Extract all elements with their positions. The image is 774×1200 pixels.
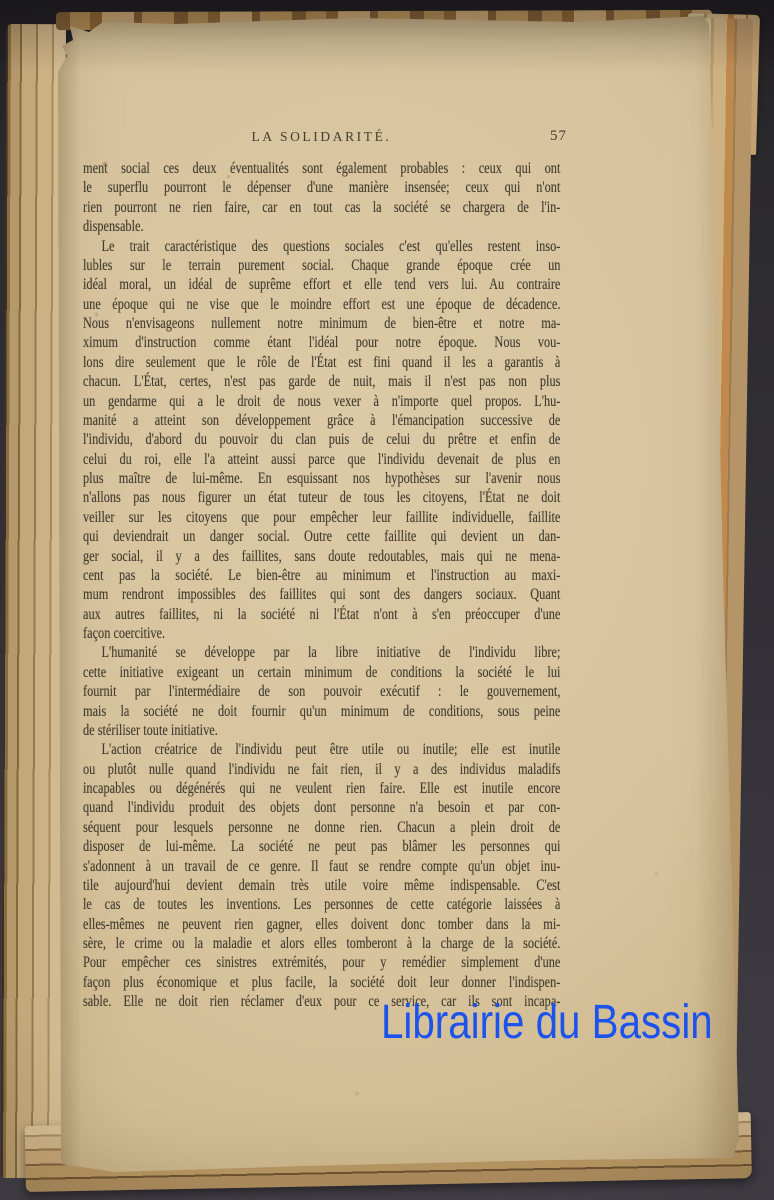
text-line: celui du roi, elle l'a atteint aussi par…: [83, 450, 560, 469]
page-stack-left-edges: [1, 24, 66, 1178]
text-line: lons dire seulement que le rôle de l'Éta…: [83, 353, 560, 372]
text-line: ximum d'instruction comme étant l'idéal …: [83, 333, 560, 352]
text-line: un gendarme qui a le droit de nous vexer…: [83, 392, 560, 411]
text-line: lubles sur le terrain purement social. C…: [83, 256, 560, 275]
text-line: ou plutôt nulle quand l'individu ne fait…: [83, 760, 560, 779]
text-line: cette initiative exigeant un certain min…: [83, 663, 560, 682]
text-line: mais la société ne doit fournir qu'un mi…: [83, 702, 560, 721]
foxing-spot: [655, 872, 658, 875]
text-line: veiller sur les citoyens que pour empêch…: [83, 508, 560, 527]
foxing-spot: [355, 1092, 359, 1095]
text-line: L'action créatrice de l'individu peut êt…: [83, 740, 560, 759]
text-line: Pour empêcher ces sinistres extrémités, …: [83, 953, 560, 972]
foxing-spot: [103, 162, 107, 166]
text-line: elles-mêmes ne peuvent rien gagner, elle…: [83, 915, 560, 934]
foxing-spot: [95, 312, 98, 317]
text-line: Nous n'envisageons nullement notre minim…: [83, 314, 560, 333]
text-line: aux autres faillites, ni la société ni l…: [83, 605, 560, 624]
book-photo: LA SOLIDARITÉ. 57 ment social ces deux é…: [0, 0, 774, 1200]
text-line: s'adonnent à un travail de ce genre. Il …: [83, 857, 560, 876]
text-line: chacun. L'État, certes, n'est pas garde …: [83, 372, 560, 391]
text-line: idéal moral, un idéal de suprême effort …: [83, 275, 560, 294]
text-line: incapables ou dégénérés qui ne veulent r…: [83, 779, 560, 798]
text-block: ment social ces deux éventualités sont é…: [83, 159, 560, 1012]
text-line: le cas de toutes les inventions. Les per…: [83, 895, 560, 914]
text-line: ger social, il y a des faillites, sans d…: [83, 547, 560, 566]
text-line: dispensable.: [83, 217, 560, 236]
text-line: n'allons pas nous figurer un état tuteur…: [83, 488, 560, 507]
text-line: séquent pour lesquels personne ne donne …: [83, 818, 560, 837]
text-line: qui deviendrait un danger social. Outre …: [83, 527, 560, 546]
text-line: façon coercitive.: [83, 624, 560, 643]
foxing-spot: [227, 175, 230, 178]
text-line: rien pourront ne rien faire, car en tout…: [83, 198, 560, 217]
text-line: tile aujourd'hui devient demain très uti…: [83, 876, 560, 895]
watermark-text: Librairie du Bassin: [381, 997, 713, 1050]
text-line: sère, le crime ou la maladie et alors el…: [83, 934, 560, 953]
running-title: LA SOLIDARITÉ.: [83, 129, 560, 145]
text-line: fournit par l'intermédiaire de son pouvo…: [83, 682, 560, 701]
text-line: disposer de lui-même. La société ne peut…: [83, 837, 560, 856]
page-number: 57: [550, 128, 567, 145]
text-line: cent pas la société. Le bien-être au min…: [83, 566, 560, 585]
text-line: le superflu pourront le dépenser d'une m…: [83, 178, 560, 197]
text-line: mum rendront impossibles des faillites q…: [83, 585, 560, 604]
text-line: manité a atteint son développement grâce…: [83, 411, 560, 430]
text-line: quand l'individu produit des objets dont…: [83, 798, 560, 817]
text-line: plus maître de lui-même. En esquissant n…: [83, 469, 560, 488]
text-line: l'individu, d'abord du pouvoir du clan p…: [83, 430, 560, 449]
text-line: L'humanité se développe par la libre ini…: [83, 643, 560, 662]
text-line: façon plus économique et plus facile, la…: [83, 973, 560, 992]
text-line: une époque qui ne vise que le moindre ef…: [83, 295, 560, 314]
text-line: de stériliser toute initiative.: [83, 721, 560, 740]
text-line: ment social ces deux éventualités sont é…: [83, 159, 560, 178]
text-line: Le trait caractéristique des questions s…: [83, 237, 560, 256]
